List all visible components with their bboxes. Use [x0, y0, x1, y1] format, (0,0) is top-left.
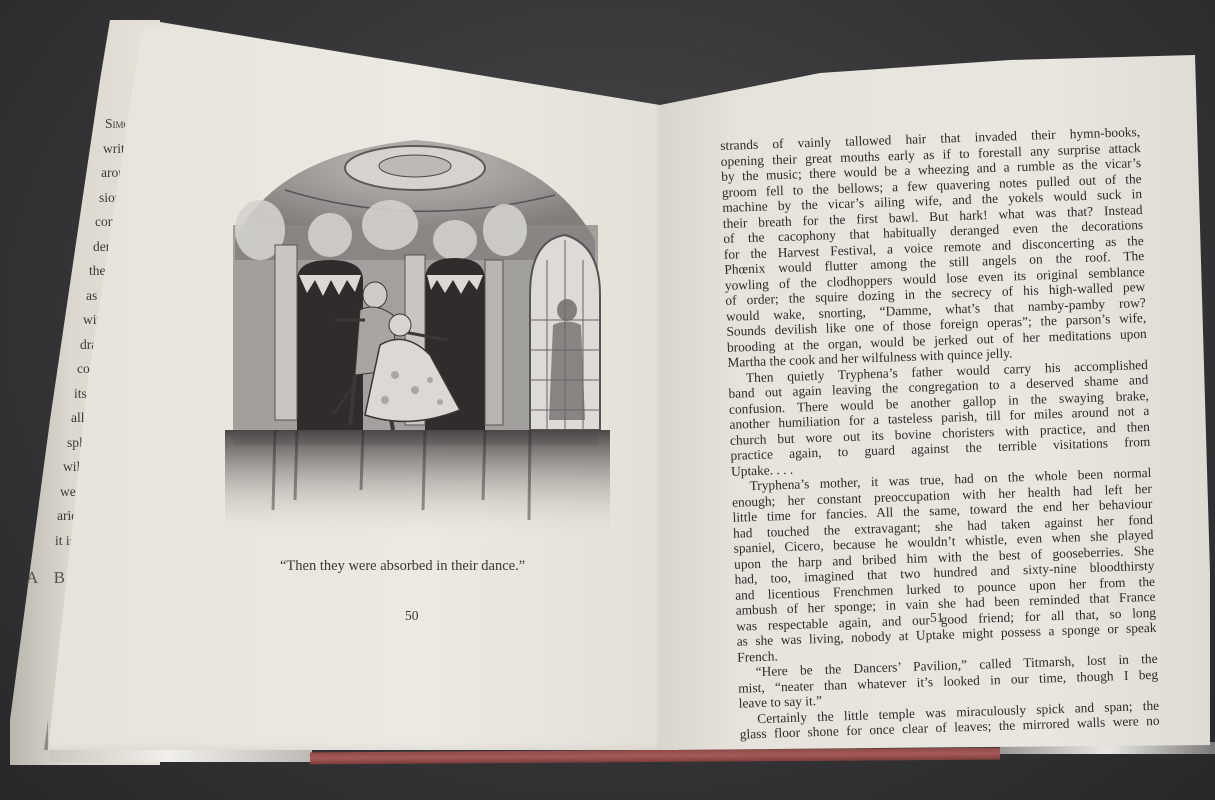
fragment: arour — [55, 161, 125, 186]
underlying-title-letters: A B — [26, 568, 71, 588]
page-number-right: 51 — [930, 610, 944, 626]
fragment: sion, — [55, 186, 125, 211]
red-cover-edge — [310, 748, 1000, 765]
fragment: writte — [55, 137, 125, 162]
page-number-left: 50 — [405, 608, 419, 624]
fragment: Simo — [55, 112, 125, 137]
left-page-edge — [44, 20, 48, 750]
engraving-illustration-icon — [215, 130, 615, 542]
illustration-caption: “Then they were absorbed in their dance.… — [280, 558, 525, 575]
plastic-cover-edge-left — [50, 750, 312, 762]
body-text: strands of vainly tallowed hair that inv… — [720, 124, 1160, 742]
